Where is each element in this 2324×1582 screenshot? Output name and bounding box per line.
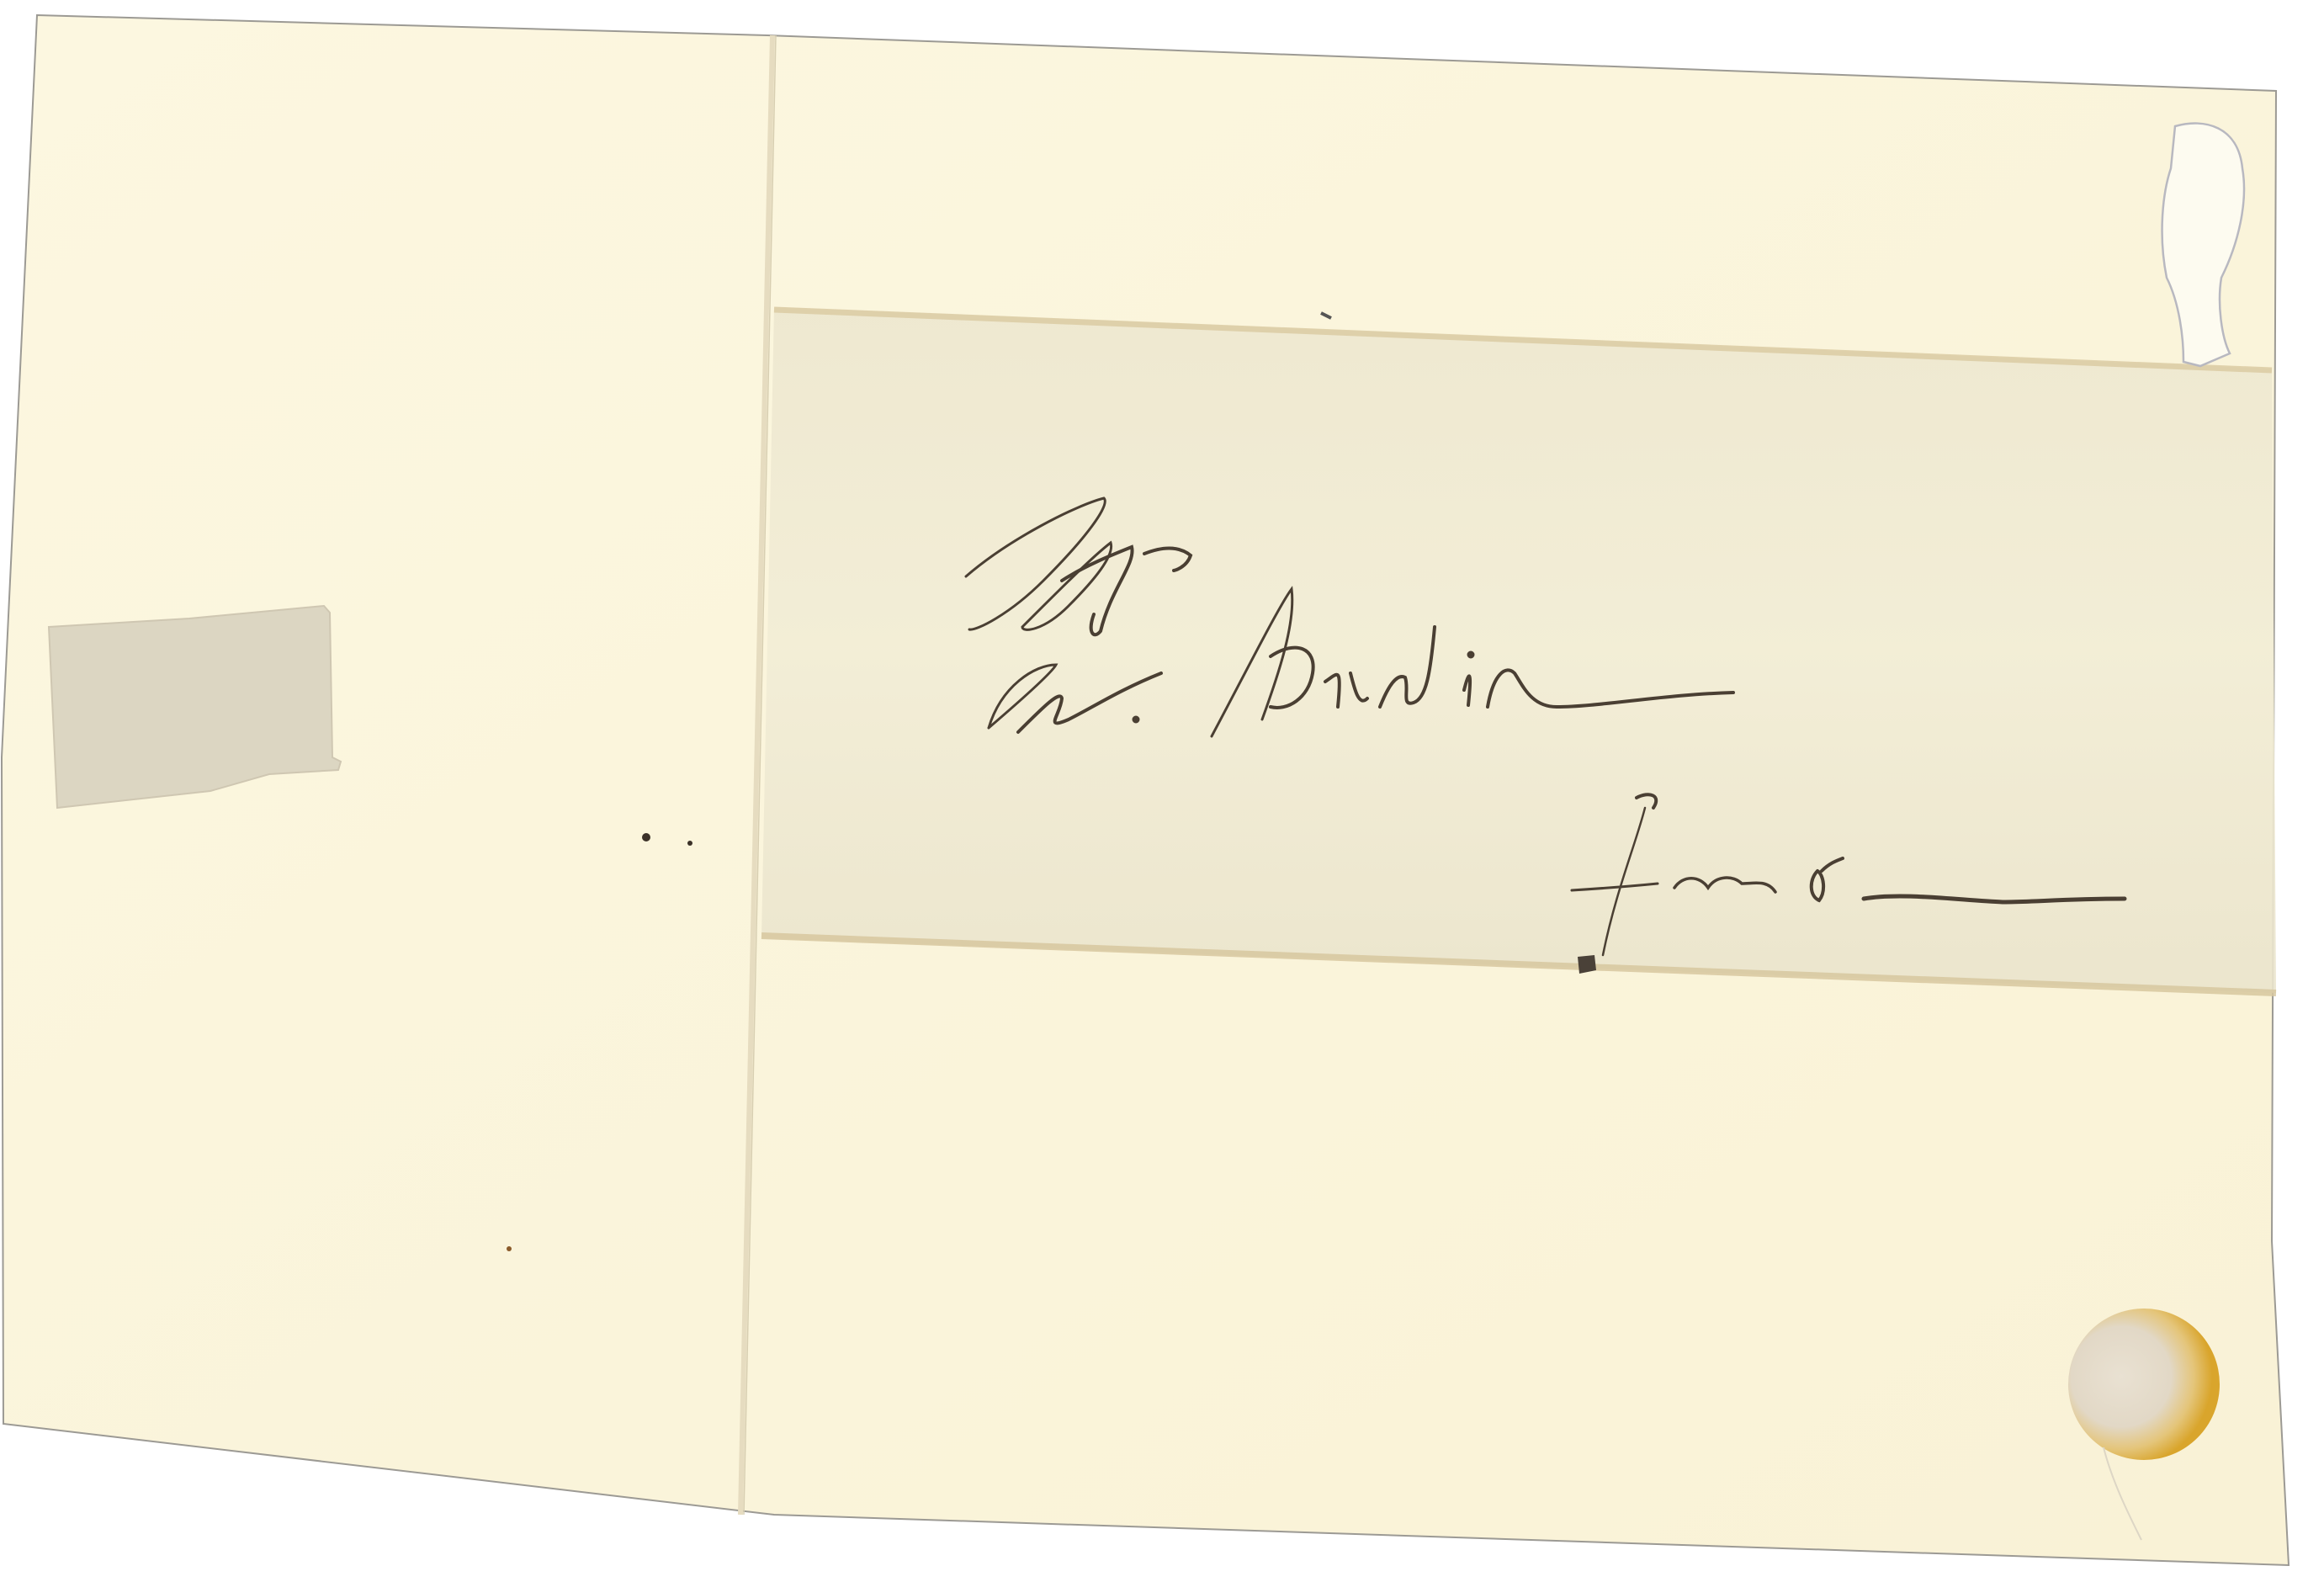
wax-seal [2068, 1309, 2220, 1460]
letter-scan [0, 0, 2324, 1582]
